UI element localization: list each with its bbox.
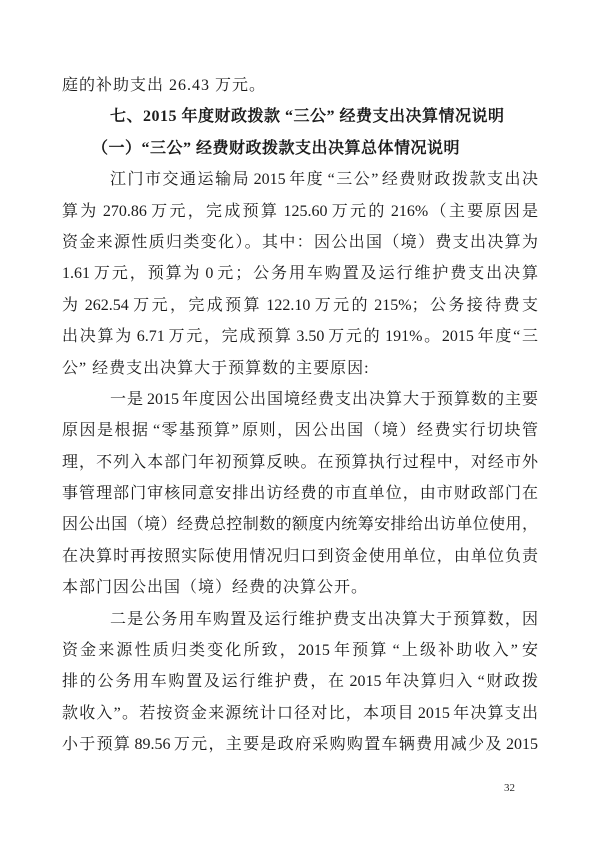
text-line: 小于预算 89.56 万元，主要是政府采购购置车辆费用减少及 2015: [62, 729, 538, 760]
text-line: 在决算时再按照实际使用情况归口到资金使用单位，由单位负责: [62, 541, 538, 572]
text-line: 排的公务用车购置及运行维护费，在 2015 年决算归入 “财政拨: [62, 666, 538, 697]
text-line: 本部门因公出国（境）经费的决算公开。: [62, 572, 538, 603]
section-heading-2: （一）“三公” 经费财政拨款支出决算总体情况说明: [62, 133, 538, 164]
text-line: 因公出国（境）经费总控制数的额度内统筹安排给出访单位使用，: [62, 509, 538, 540]
page-number: 32: [504, 782, 515, 794]
text-line: 二是公务用车购置及运行维护费支出决算大于预算数，因: [62, 604, 538, 635]
text-line: 资金来源性质归类变化所致，2015 年预算 “上级补助收入” 安: [62, 635, 538, 666]
document-page: 庭的补助支出 26.43 万元。 七、2015 年度财政拨款 “三公” 经费支出…: [0, 0, 600, 848]
text-line: 公” 经费支出决算大于预算数的主要原因:: [62, 353, 538, 384]
text-line: 原因是根据 “零基预算” 原则，因公出国（境）经费实行切块管: [62, 415, 538, 446]
text-line: 出决算为 6.71 万元，完成预算 3.50 万元的 191%。2015 年度“…: [62, 321, 538, 352]
text-line: 款收入”。若按资金来源统计口径对比，本项目 2015 年决算支出: [62, 698, 538, 729]
page-body: 庭的补助支出 26.43 万元。 七、2015 年度财政拨款 “三公” 经费支出…: [62, 70, 538, 761]
text-line: 江门市交通运输局 2015 年度 “三公” 经费财政拨款支出决: [62, 164, 538, 195]
text-line: 庭的补助支出 26.43 万元。: [62, 70, 538, 101]
section-heading-1: 七、2015 年度财政拨款 “三公” 经费支出决算情况说明: [62, 101, 538, 132]
text-line: 一是 2015 年度因公出国境经费支出决算大于预算数的主要: [62, 384, 538, 415]
text-line: 理，不列入本部门年初预算反映。在预算执行过程中，对经市外: [62, 447, 538, 478]
text-line: 1.61 万元，预算为 0 元；公务用车购置及运行维护费支出决算: [62, 258, 538, 289]
text-line: 资金来源性质归类变化）。其中：因公出国（境）费支出决算为: [62, 227, 538, 258]
text-line: 事管理部门审核同意安排出访经费的市直单位，由市财政部门在: [62, 478, 538, 509]
text-line: 算为 270.86 万元，完成预算 125.60 万元的 216%（主要原因是: [62, 196, 538, 227]
text-line: 为 262.54 万元，完成预算 122.10 万元的 215%；公务接待费支: [62, 290, 538, 321]
